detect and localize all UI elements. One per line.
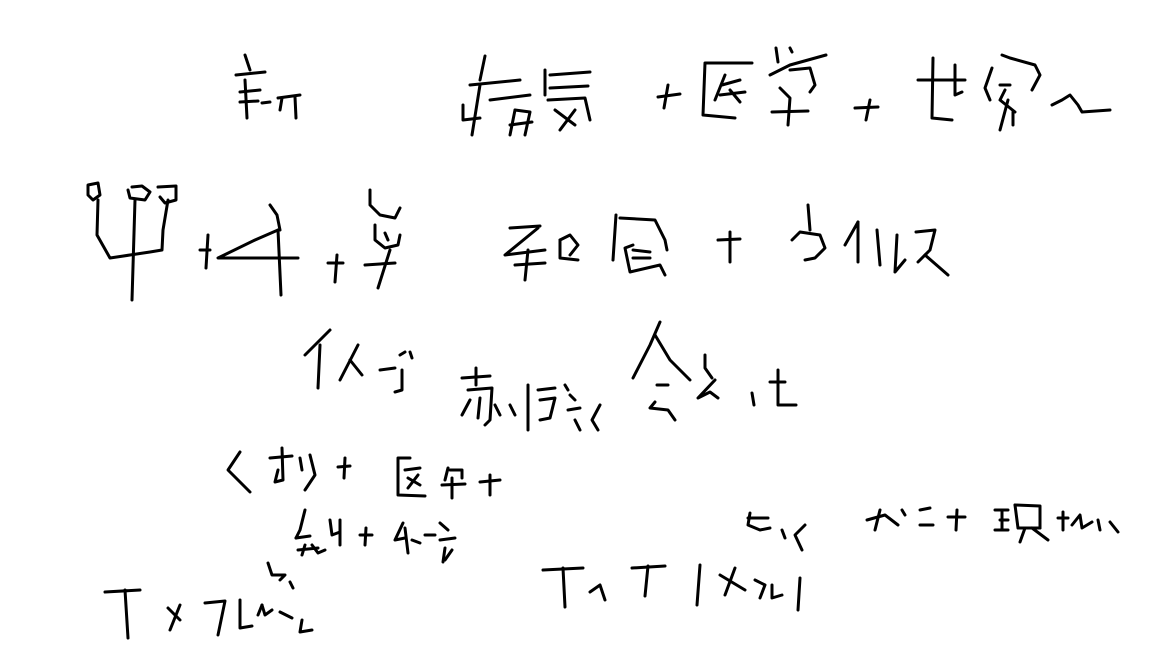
stroke-group-imeeji xyxy=(305,330,412,392)
handwriting-strokes xyxy=(0,0,1152,648)
stroke-group-plus-7 xyxy=(480,475,500,495)
stroke-group-txt-left xyxy=(105,563,312,638)
stroke-group-byouki xyxy=(463,56,590,135)
stroke-group-plus-2 xyxy=(855,100,878,120)
stroke-group-jafuu xyxy=(505,215,667,280)
stroke-group-igaku xyxy=(703,48,826,125)
stroke-group-ko xyxy=(365,190,400,288)
drawing-canvas[interactable]: 新 病気 + 医学 + 世界へ 甲 + 4 + 子 邪風 + ウイルス イメージ… xyxy=(0,0,1152,648)
stroke-group-akaihouki xyxy=(462,368,600,430)
stroke-group-igaku-2 xyxy=(398,458,465,498)
stroke-group-uirusu xyxy=(792,205,948,275)
stroke-group-sekai xyxy=(918,55,1110,130)
stroke-group-txt-mid xyxy=(543,513,805,610)
stroke-group-plus-6 xyxy=(338,458,350,478)
stroke-group-plus-3 xyxy=(200,235,210,268)
stroke-group-four xyxy=(218,205,298,295)
stroke-group-suiko-genkai xyxy=(867,505,1118,542)
stroke-group-kusuri xyxy=(228,448,315,492)
stroke-group-plus-4 xyxy=(328,255,343,282)
stroke-group-awase xyxy=(633,322,796,420)
stroke-group-plus-5 xyxy=(718,232,740,262)
stroke-group-kou xyxy=(88,183,176,300)
stroke-group-ki-chishiki xyxy=(296,510,455,562)
stroke-group-shin xyxy=(236,55,300,118)
stroke-group-plus-1 xyxy=(658,85,680,108)
